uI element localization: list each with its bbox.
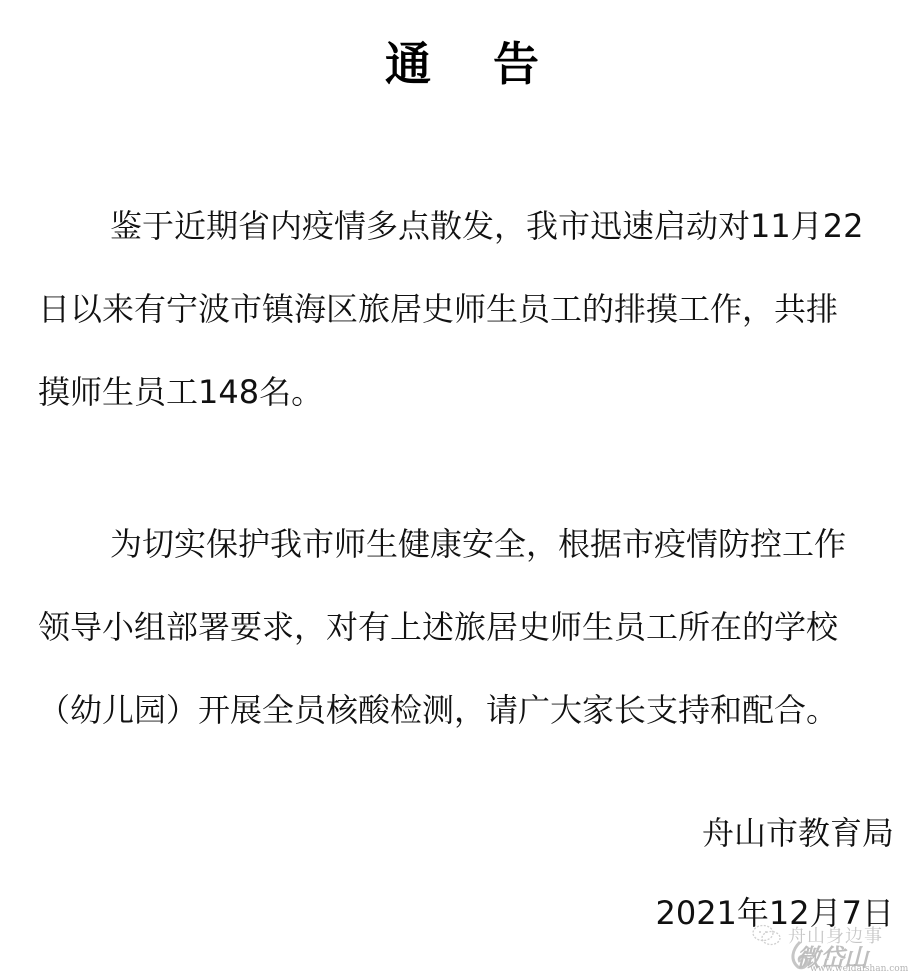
paragraph-line: 鉴于近期省内疫情多点散发，我市迅速启动对11月22 xyxy=(38,185,898,268)
paragraph-1: 鉴于近期省内疫情多点散发，我市迅速启动对11月22 日以来有宁波市镇海区旅居史师… xyxy=(38,185,898,434)
paragraph-line: 领导小组部署要求，对有上述旅居史师生员工所在的学校 xyxy=(38,586,898,669)
signature-organization: 舟山市教育局 xyxy=(702,808,894,854)
paragraph-line: 为切实保护我市师生健康安全，根据市疫情防控工作 xyxy=(38,503,898,586)
paragraph-line: 日以来有宁波市镇海区旅居史师生员工的排摸工作，共排 xyxy=(38,268,898,351)
watermark: 舟山身边事 微岱山 www.weidaishan.com xyxy=(748,920,924,976)
paragraph-2: 为切实保护我市师生健康安全，根据市疫情防控工作 领导小组部署要求，对有上述旅居史… xyxy=(38,503,898,752)
paragraph-line: 摸师生员工148名。 xyxy=(38,351,898,434)
notice-title: 通告 xyxy=(0,28,924,94)
watermark-url: www.weidaishan.com xyxy=(810,964,908,974)
paragraph-line: （幼儿园）开展全员核酸检测，请广大家长支持和配合。 xyxy=(38,669,898,752)
wechat-icon xyxy=(752,924,782,946)
